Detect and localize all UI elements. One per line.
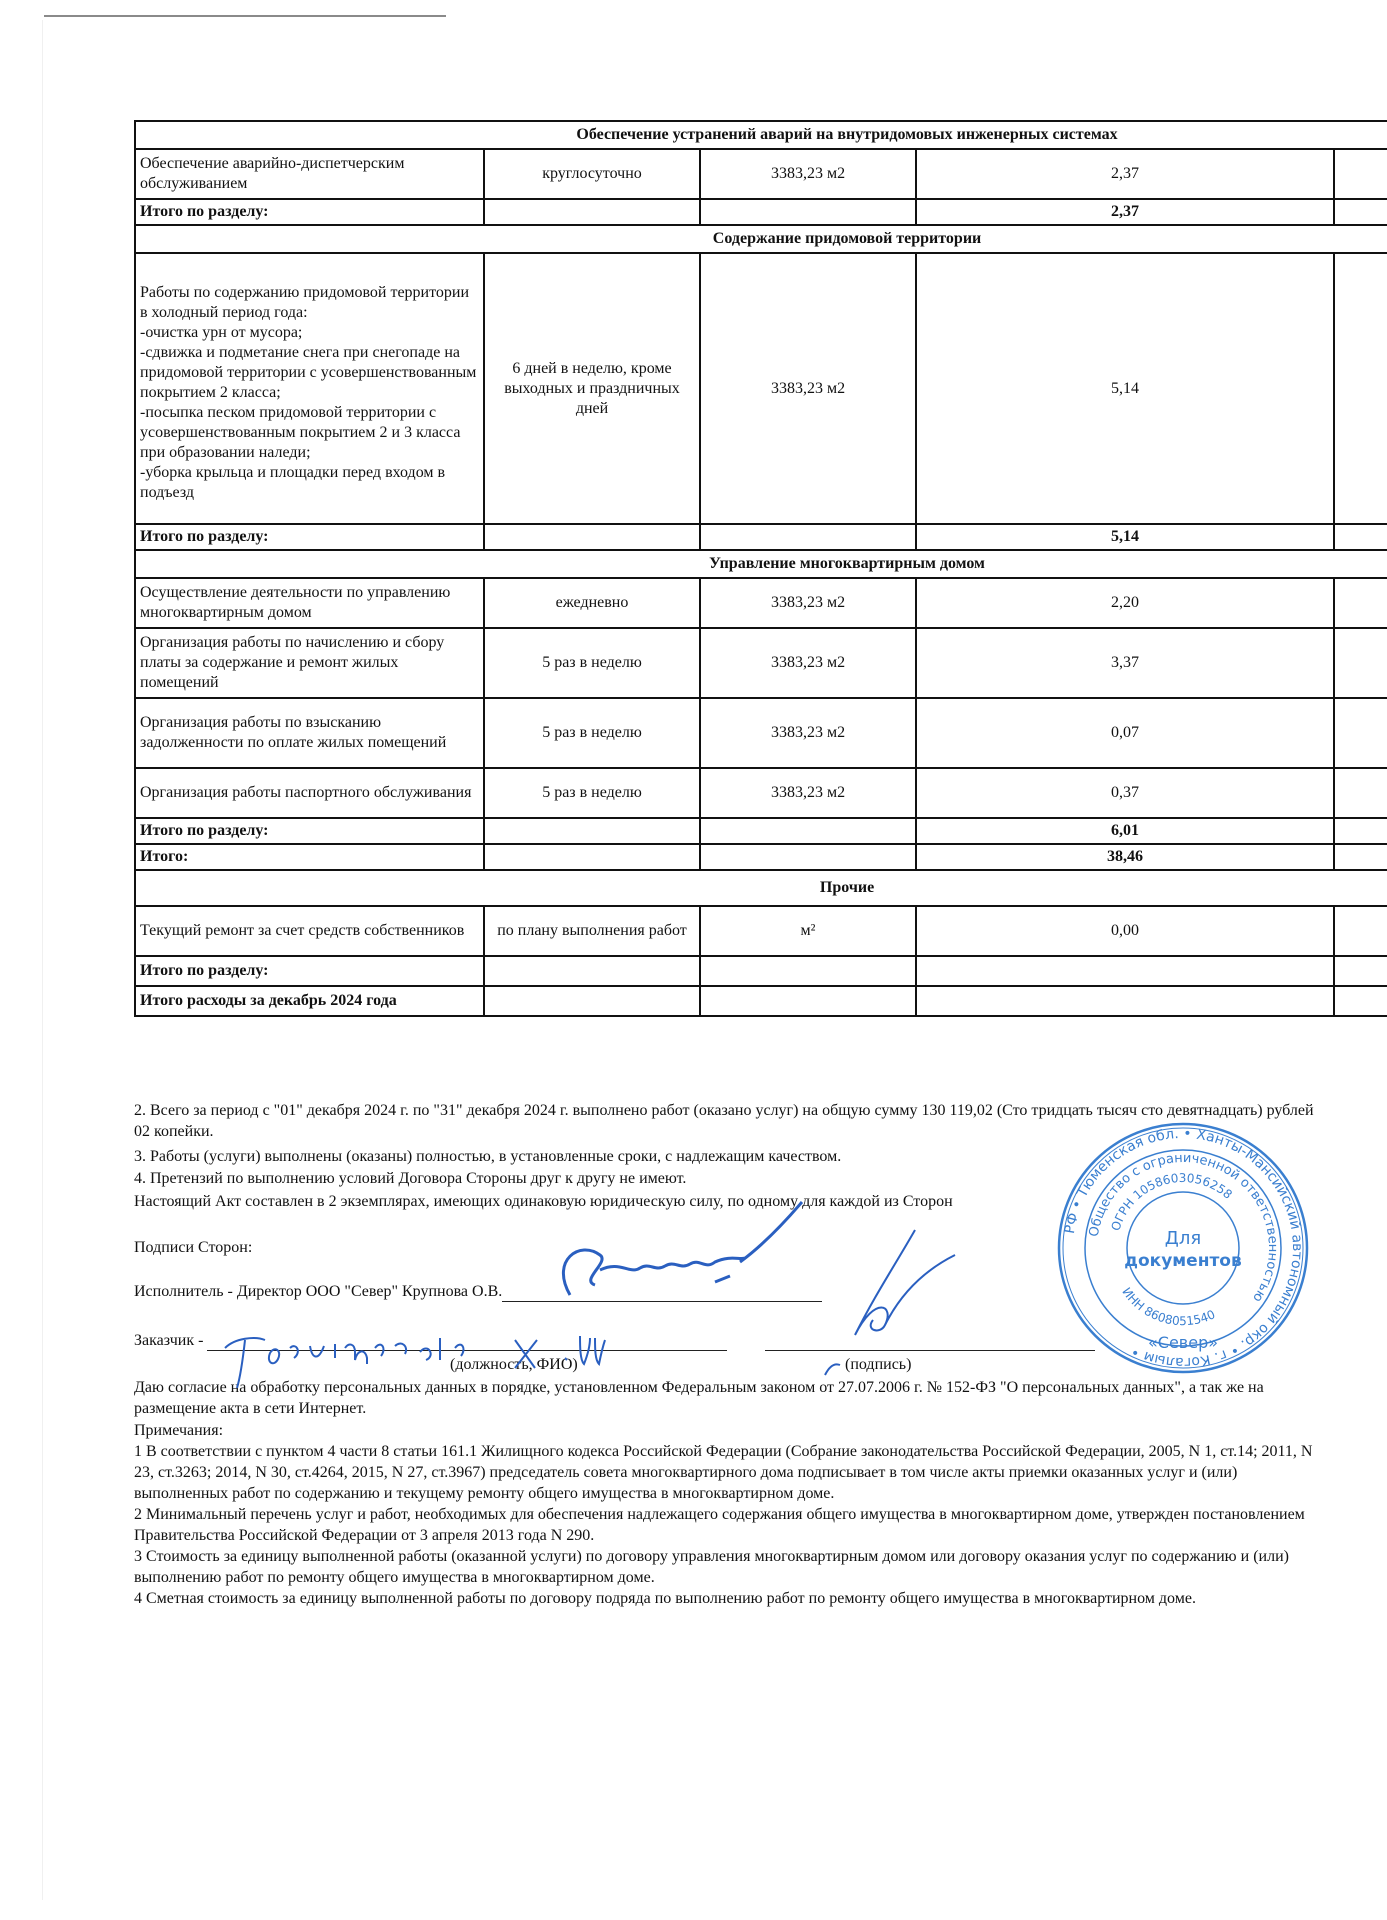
notes: Примечания: 1 В соответствии с пунктом 4… [134, 1420, 1324, 1609]
service-amount: 0,00 [1334, 906, 1387, 956]
section-title: Управление многоквартирным домом [135, 550, 1387, 578]
subtotal-label: Итого по разделу: [135, 956, 484, 986]
subtotal-amount: 0,00 [1334, 956, 1387, 986]
note-item: 3 Стоимость за единицу выполненной работ… [134, 1546, 1324, 1588]
section-title: Содержание придомовой территории [135, 225, 1387, 253]
stamp-inn: ИНН 8608051540 [1119, 1285, 1217, 1328]
service-name: Осуществление деятельности по управлению… [135, 578, 484, 628]
note-item: 4 Сметная стоимость за единицу выполненн… [134, 1588, 1324, 1609]
subtotal-label: Итого по разделу: [135, 524, 484, 550]
scan-edge [42, 20, 43, 1900]
scan-top-rule [44, 15, 446, 17]
table-row: Организация работы по начислению и сбору… [135, 628, 1387, 698]
service-frequency: 5 раз в неделю [484, 768, 700, 818]
svg-text:ИНН 8608051540: ИНН 8608051540 [1119, 1285, 1217, 1328]
section-title: Прочие [135, 870, 1387, 906]
company-stamp: РФ • Тюменская обл. • Ханты-Мансийский а… [1055, 1120, 1311, 1376]
stamp-center-line1: Для [1165, 1228, 1201, 1249]
service-rate: 2,20 [916, 578, 1334, 628]
subtotal-row: Итого по разделу: 2,37 8018,26 [135, 199, 1387, 225]
service-frequency: 5 раз в неделю [484, 628, 700, 698]
grand-total-row: Итого: 38,46 130119,02 [135, 844, 1387, 870]
stamp-company-name: «Север» [1148, 1333, 1218, 1352]
grand-total-rate: 38,46 [916, 844, 1334, 870]
table-row: Осуществление деятельности по управлению… [135, 578, 1387, 628]
table-row: Работы по содержанию придомовой территор… [135, 253, 1387, 524]
service-frequency: ежедневно [484, 578, 700, 628]
service-area: м² [700, 906, 916, 956]
table-row: Организация работы по взысканию задолжен… [135, 698, 1387, 768]
table-row: Обеспечение аварийно-диспетчерским обслу… [135, 149, 1387, 199]
service-name: Текущий ремонт за счет средств собственн… [135, 906, 484, 956]
service-area: 3383,23 м2 [700, 149, 916, 199]
service-frequency: 6 дней в неделю, кроме выходных и праздн… [484, 253, 700, 524]
service-area: 3383,23 м2 [700, 768, 916, 818]
customer-name-handwritten [215, 1318, 635, 1398]
service-name: Организация работы по начислению и сбору… [135, 628, 484, 698]
service-rate: 0,07 [916, 698, 1334, 768]
service-rate: 5,14 [916, 253, 1334, 524]
grand-total-amount: 130119,02 [1334, 844, 1387, 870]
subtotal-row: Итого по разделу: 0,00 [135, 956, 1387, 986]
service-frequency: по плану выполнения работ [484, 906, 700, 956]
service-name: Организация работы по взысканию задолжен… [135, 698, 484, 768]
subtotal-amount: 17389,80 [1334, 524, 1387, 550]
month-total-label: Итого расходы за декабрь 2024 года [135, 986, 484, 1016]
table-row: Организация работы паспортного обслужива… [135, 768, 1387, 818]
subtotal-rate: 6,01 [916, 818, 1334, 844]
subtotal-row: Итого по разделу: 5,14 17389,80 [135, 524, 1387, 550]
service-amount: 17389,80 [1334, 253, 1387, 524]
service-area: 3383,23 м2 [700, 698, 916, 768]
service-frequency: круглосуточно [484, 149, 700, 199]
section-title: Обеспечение устранений аварий на внутрид… [135, 121, 1387, 149]
service-area: 3383,23 м2 [700, 628, 916, 698]
service-amount: 7443,11 [1334, 578, 1387, 628]
service-frequency: 5 раз в неделю [484, 698, 700, 768]
service-name: Организация работы паспортного обслужива… [135, 768, 484, 818]
section-header: Обеспечение устранений аварий на внутрид… [135, 121, 1387, 149]
grand-total-label: Итого: [135, 844, 484, 870]
executor-label: Исполнитель - Директор ООО "Север" Крупн… [134, 1283, 502, 1300]
section-header: Содержание придомовой территории [135, 225, 1387, 253]
service-rate: 0,37 [916, 768, 1334, 818]
notes-heading: Примечания: [134, 1420, 1324, 1441]
table-row: Текущий ремонт за счет средств собственн… [135, 906, 1387, 956]
subtotal-label: Итого по разделу: [135, 199, 484, 225]
subtotal-row: Итого по разделу: 6,01 20333,21 [135, 818, 1387, 844]
note-item: 1 В соответствии с пунктом 4 части 8 ста… [134, 1441, 1324, 1504]
service-rate: 0,00 [916, 906, 1334, 956]
service-area: 3383,23 м2 [700, 253, 916, 524]
service-area: 3383,23 м2 [700, 578, 916, 628]
section-header: Прочие [135, 870, 1387, 906]
subtotal-rate: 5,14 [916, 524, 1334, 550]
customer-label: Заказчик - [134, 1332, 203, 1349]
section-header: Управление многоквартирным домом [135, 550, 1387, 578]
service-amount: 236,83 [1334, 698, 1387, 768]
service-amount: 1251,80 [1334, 768, 1387, 818]
service-rate: 3,37 [916, 628, 1334, 698]
stamp-center-line2: документов [1124, 1251, 1242, 1271]
subtotal-label: Итого по разделу: [135, 818, 484, 844]
month-total-amount: 130119,02 [1334, 986, 1387, 1016]
month-total-row: Итого расходы за декабрь 2024 года 13011… [135, 986, 1387, 1016]
subtotal-amount: 20333,21 [1334, 818, 1387, 844]
service-rate: 2,37 [916, 149, 1334, 199]
service-name: Работы по содержанию придомовой территор… [135, 253, 484, 524]
services-table: Обеспечение устранений аварий на внутрид… [134, 120, 1387, 1017]
customer-signature [795, 1225, 995, 1385]
subtotal-amount: 8018,26 [1334, 199, 1387, 225]
service-amount: 8018,26 [1334, 149, 1387, 199]
note-item: 2 Минимальный перечень услуг и работ, не… [134, 1504, 1324, 1546]
service-name: Обеспечение аварийно-диспетчерским обслу… [135, 149, 484, 199]
subtotal-rate: 2,37 [916, 199, 1334, 225]
service-amount: 11401,49 [1334, 628, 1387, 698]
